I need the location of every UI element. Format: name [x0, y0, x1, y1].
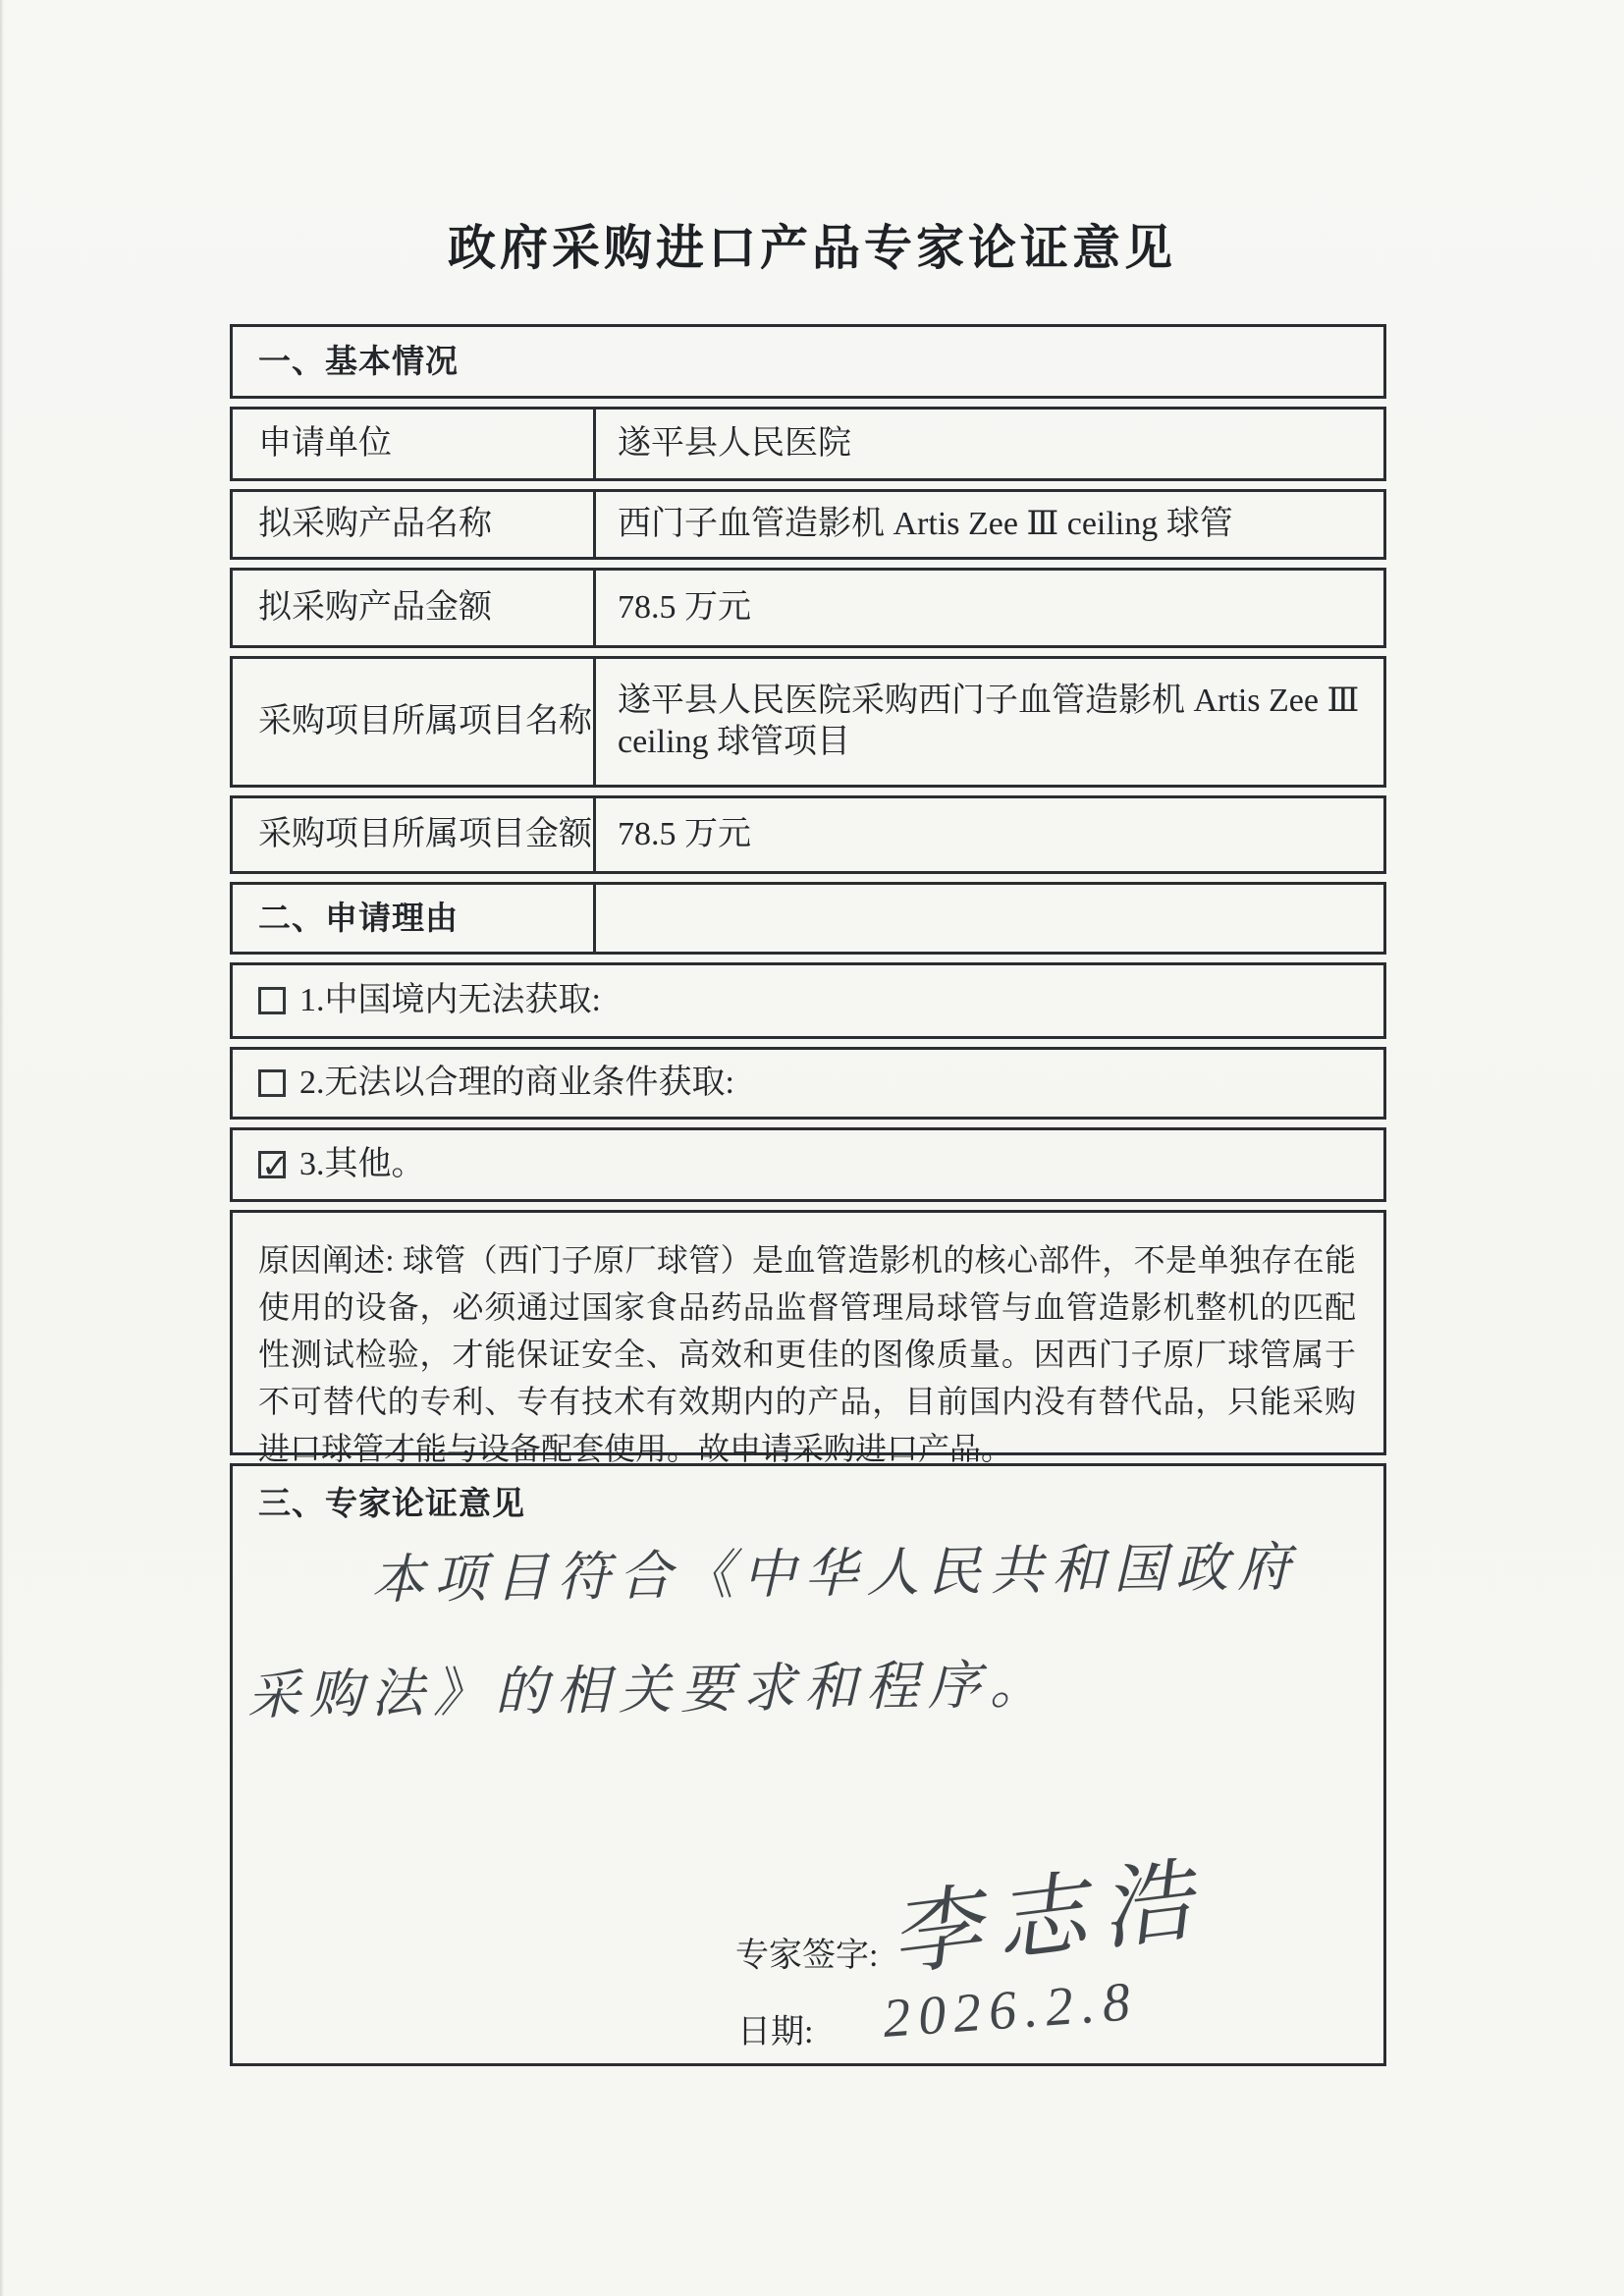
row-label: 采购项目所属项目名称 [233, 659, 596, 785]
row-label: 采购项目所属项目金额 [233, 798, 596, 871]
reason-option-row-3: 3.其他。 [230, 1127, 1386, 1202]
reason-statement-paragraph: 原因阐述: 球管（西门子原厂球管）是血管造影机的核心部件，不是单独存在能使用的设… [233, 1213, 1383, 1452]
document-title: 政府采购进口产品专家论证意见 [0, 210, 1624, 279]
row-label: 拟采购产品金额 [233, 571, 596, 645]
reason-statement-row: 原因阐述: 球管（西门子原厂球管）是血管造影机的核心部件，不是单独存在能使用的设… [230, 1210, 1386, 1455]
reason-option-2: 2.无法以合理的商业条件获取: [233, 1050, 1383, 1117]
checkbox-unchecked-icon [258, 1069, 286, 1097]
section3-expert-opinion-row: 三、专家论证意见 本项目符合《中华人民共和国政府采购法》的相关要求和程序。 专家… [230, 1463, 1386, 2066]
date-label: 日期: [737, 2004, 813, 2052]
handwritten-signature: 李志浩 [882, 1827, 1214, 1995]
row-label: 申请单位 [233, 410, 596, 478]
reason-option-label: 2.无法以合理的商业条件获取: [299, 1063, 734, 1105]
checkbox-unchecked-icon [258, 987, 286, 1014]
section1-header-row: 一、基本情况 [230, 324, 1386, 399]
reason-option-row-2: 2.无法以合理的商业条件获取: [230, 1047, 1386, 1120]
row-value: 西门子血管造影机 Artis Zee Ⅲ ceiling 球管 [596, 492, 1383, 557]
table-row-applicant: 申请单位 遂平县人民医院 [230, 407, 1386, 481]
table-row-project-amount: 采购项目所属项目金额 78.5 万元 [230, 795, 1386, 874]
table-row-product-name: 拟采购产品名称 西门子血管造影机 Artis Zee Ⅲ ceiling 球管 [230, 489, 1386, 560]
row-label: 拟采购产品名称 [233, 492, 596, 557]
expert-signature-label: 专家签字: [735, 1928, 878, 1976]
section2-header-empty-cell [596, 885, 1383, 952]
reason-option-label: 1.中国境内无法获取: [299, 980, 601, 1022]
table-row-product-amount: 拟采购产品金额 78.5 万元 [230, 568, 1386, 648]
section2-header-row: 二、申请理由 [230, 882, 1386, 955]
row-value: 遂平县人民医院采购西门子血管造影机 Artis Zee Ⅲ ceiling 球管… [596, 659, 1383, 785]
reason-option-label: 3.其他。 [299, 1144, 425, 1186]
section2-header: 二、申请理由 [233, 885, 596, 952]
section3-header: 三、专家论证意见 [258, 1478, 525, 1524]
row-value: 78.5 万元 [596, 798, 1383, 871]
table-row-project-name: 采购项目所属项目名称 遂平县人民医院采购西门子血管造影机 Artis Zee Ⅲ… [230, 656, 1386, 788]
reason-option-row-1: 1.中国境内无法获取: [230, 962, 1386, 1039]
row-value: 78.5 万元 [596, 571, 1383, 645]
checkbox-checked-icon [258, 1151, 286, 1178]
section1-header: 一、基本情况 [233, 327, 1383, 396]
form-table: 一、基本情况 申请单位 遂平县人民医院 拟采购产品名称 西门子血管造影机 Art… [230, 324, 1386, 2066]
reason-option-1: 1.中国境内无法获取: [233, 965, 1383, 1036]
scan-edge-shadow [0, 0, 4, 2296]
handwritten-expert-opinion: 本项目符合《中华人民共和国政府采购法》的相关要求和程序。 [244, 1509, 1357, 1753]
reason-option-3: 3.其他。 [233, 1130, 1383, 1199]
row-value: 遂平县人民医院 [596, 410, 1383, 478]
scanned-document-page: 政府采购进口产品专家论证意见 一、基本情况 申请单位 遂平县人民医院 拟采购产品… [0, 0, 1624, 2296]
